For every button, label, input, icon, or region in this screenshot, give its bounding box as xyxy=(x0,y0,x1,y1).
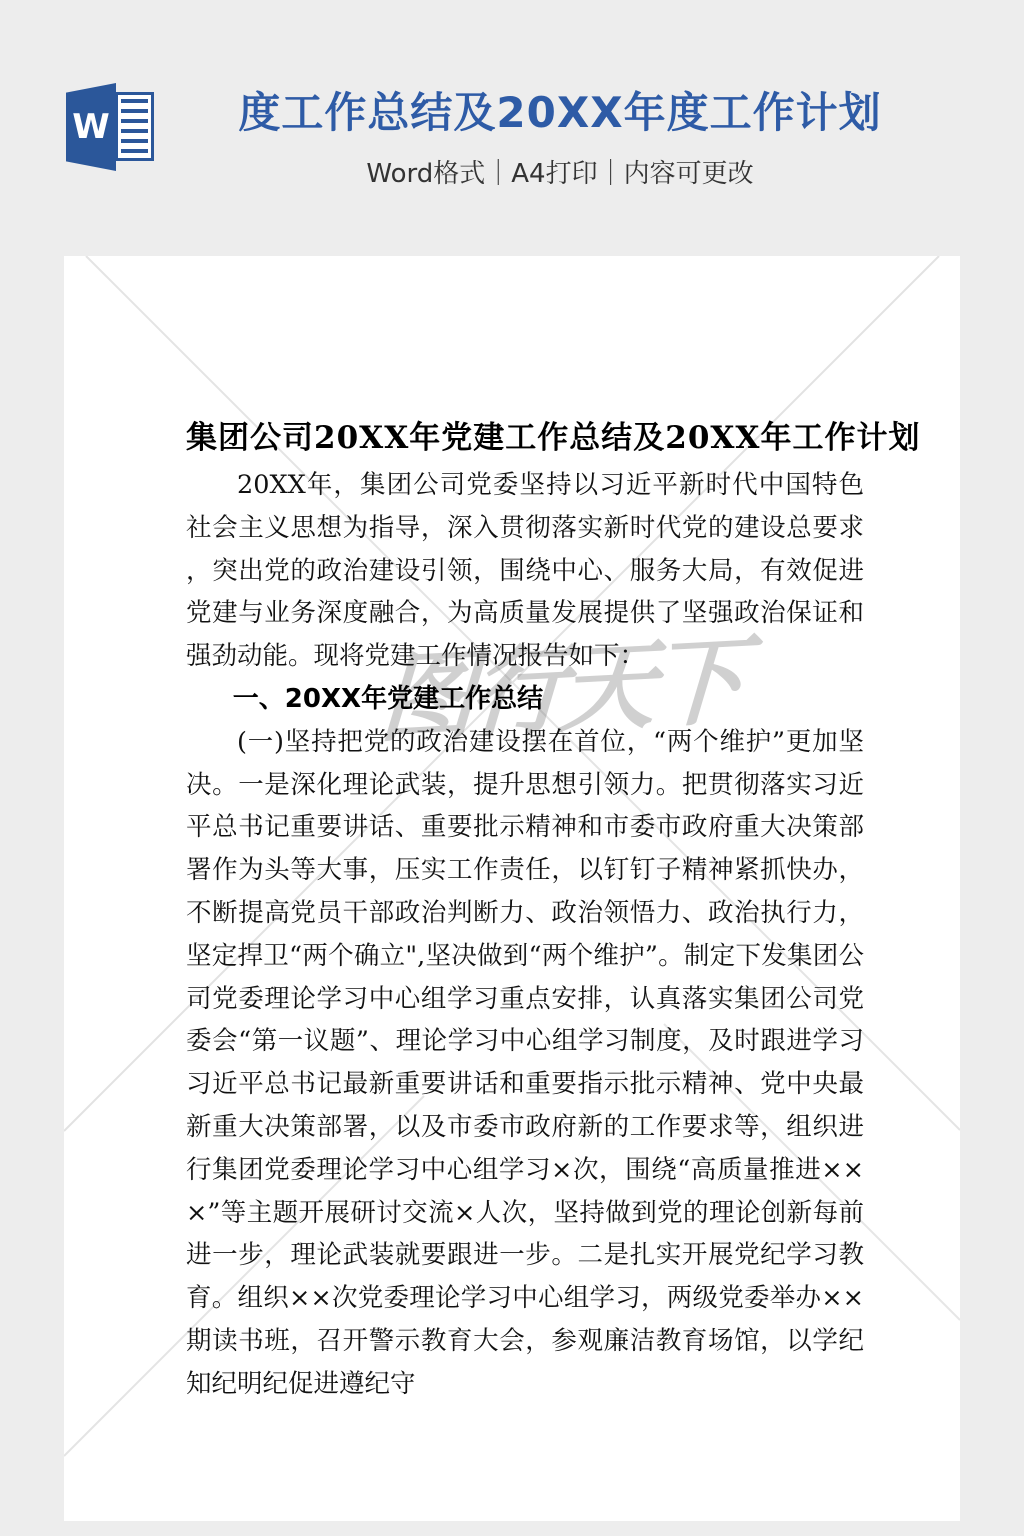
page-subtitle: Word格式｜A4打印｜内容可更改 xyxy=(96,153,1024,190)
word-icon-document xyxy=(115,92,154,161)
intro-paragraph: 20XX年，集团公司党委坚持以习近平新时代中国特色社会主义思想为指导，深入贯彻落… xyxy=(186,464,864,678)
word-icon-panel: W xyxy=(66,83,116,171)
word-icon-letter: W xyxy=(72,110,110,144)
document-title: 集团公司20XX年党建工作总结及20XX年工作计划 xyxy=(186,412,864,464)
document-page: 图行天下 集团公司20XX年党建工作总结及20XX年工作计划 20XX年，集团公… xyxy=(64,256,960,1521)
document-content: 集团公司20XX年党建工作总结及20XX年工作计划 20XX年，集团公司党委坚持… xyxy=(64,256,960,1406)
word-icon: W xyxy=(66,83,156,173)
word-icon-text-lines xyxy=(121,99,148,154)
page-title: 度工作总结及20XX年度工作计划 xyxy=(96,88,1024,138)
section-heading: 一、20XX年党建工作总结 xyxy=(186,678,864,721)
section-body-paragraph: (一)坚持把党的政治建设摆在首位，“两个维护”更加坚决。一是深化理论武装，提升思… xyxy=(186,721,864,1406)
header: W 度工作总结及20XX年度工作计划 Word格式｜A4打印｜内容可更改 xyxy=(0,0,1024,256)
